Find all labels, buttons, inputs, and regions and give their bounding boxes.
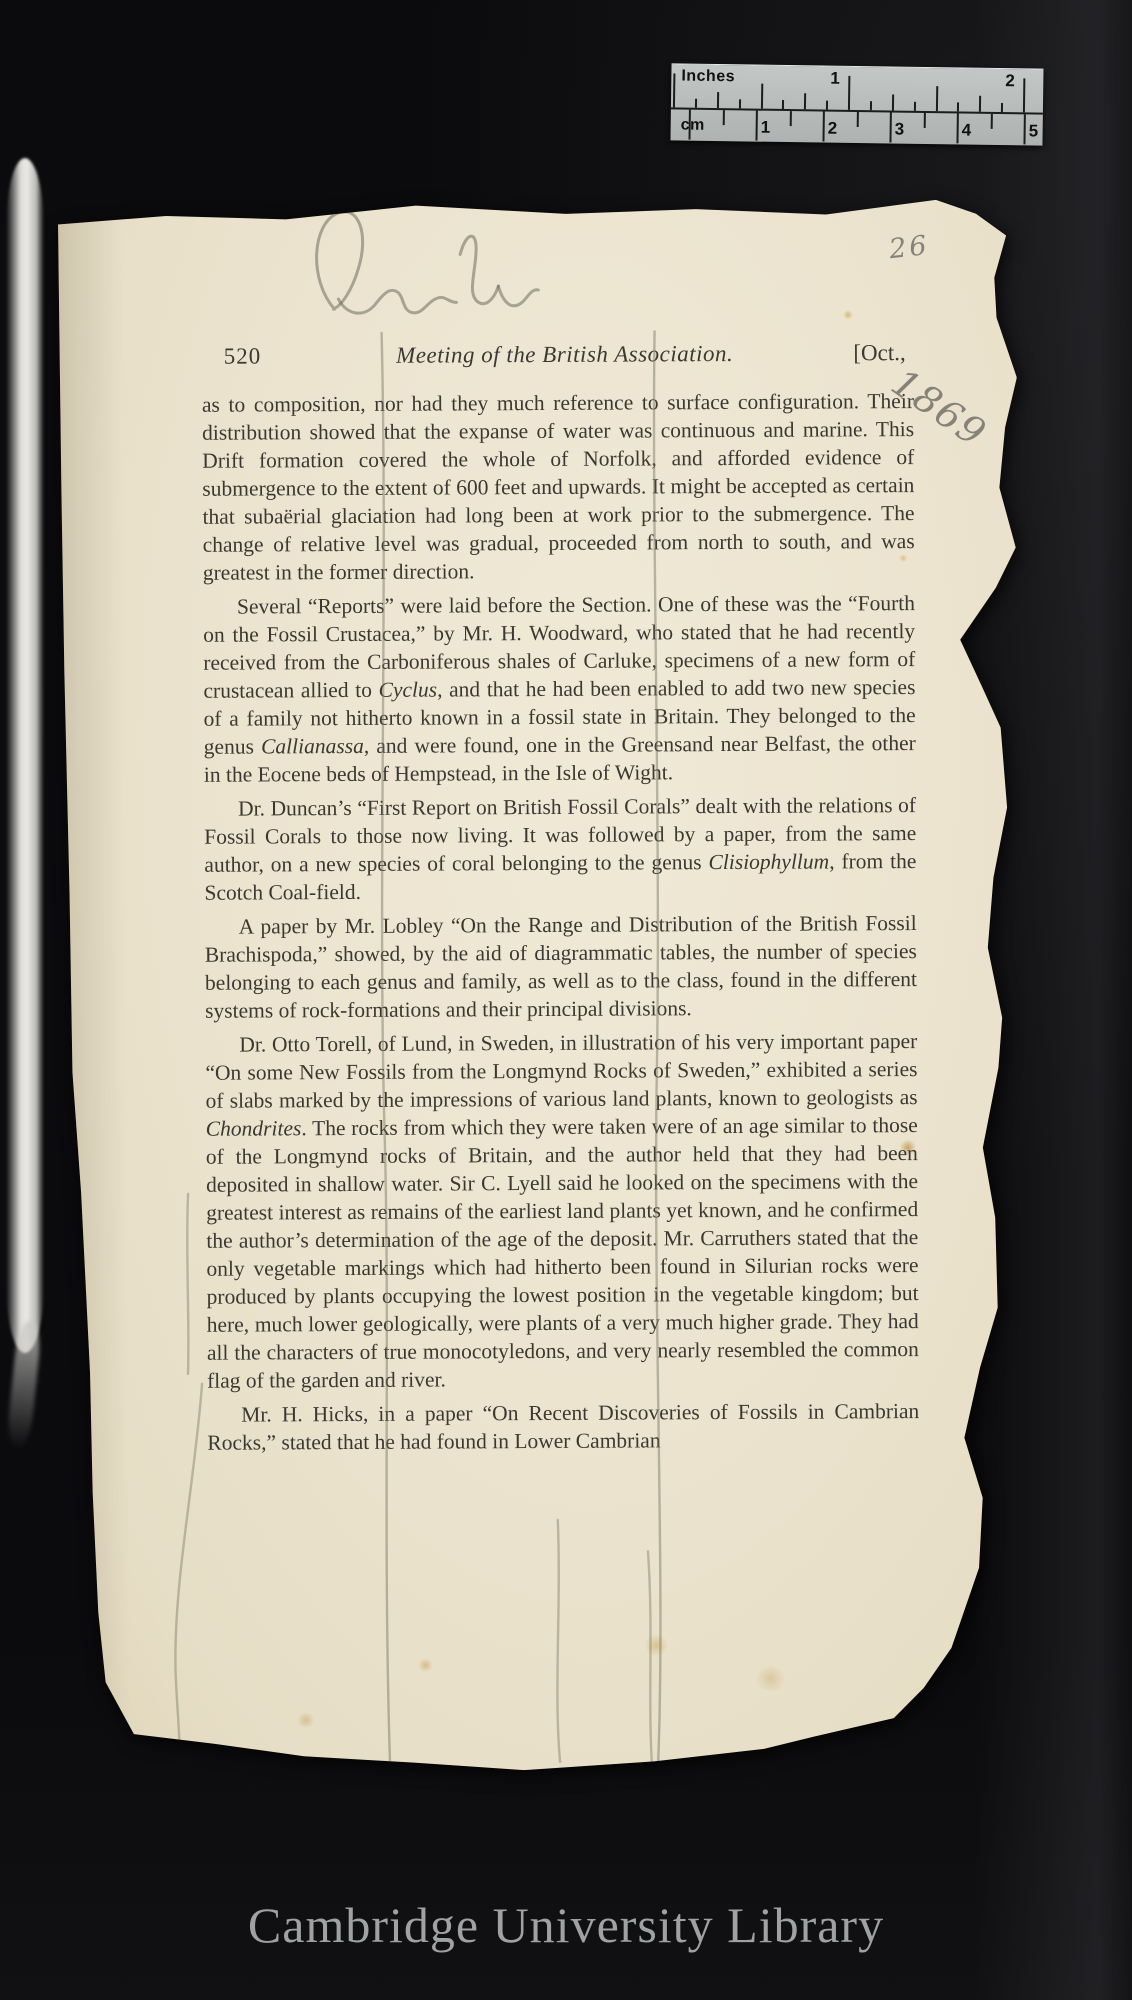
ruler-tick [892, 94, 894, 110]
ruler-inches-label: Inches [681, 68, 735, 87]
paragraph: Dr. Otto Torell, of Lund, in Sweden, in … [205, 1027, 919, 1395]
gutter-shadow [46, 192, 144, 1782]
ruler-tick [760, 84, 762, 109]
ruler-tick [722, 110, 724, 125]
ruler-tick [755, 111, 757, 141]
fox-stain [842, 310, 853, 319]
ruler-number: 2 [828, 119, 838, 139]
library-watermark: Cambridge University Library [0, 1896, 1132, 1954]
paragraph: Several “Reports” were laid before the S… [203, 589, 916, 789]
ruler-tick [870, 101, 872, 110]
pencil-scribble [316, 211, 538, 314]
ruler-tick [1023, 114, 1025, 144]
ruler-tick [979, 96, 981, 112]
ruler: Inches cm 1212345 [670, 63, 1043, 145]
ruler-tick [688, 110, 690, 140]
ruler-number: 1 [761, 118, 771, 138]
ruler-tick [789, 111, 791, 126]
paragraph: A paper by Mr. Lobley “On the Range and … [205, 909, 918, 1025]
ruler-tick [848, 76, 850, 110]
fox-stain [296, 1713, 316, 1727]
pencil-sheet-number: 26 [888, 230, 932, 265]
ruler-tick [914, 102, 916, 111]
ruler-tick [673, 73, 675, 107]
ruler-tick [935, 86, 937, 111]
ruler-number: 5 [1029, 121, 1039, 141]
paragraph: as to composition, nor had they much ref… [202, 387, 915, 587]
ruler-tick [889, 112, 891, 142]
ruler-number: 1 [830, 69, 840, 89]
ruler-cm-label: cm [681, 117, 705, 135]
issue-date: [Oct., [733, 340, 914, 367]
ruler-tick [856, 112, 858, 127]
fox-stain [418, 1659, 434, 1672]
ruler-tick [923, 113, 925, 128]
ruler-number: 4 [962, 120, 972, 140]
ruler-number: 2 [1005, 71, 1015, 91]
ruler-tick [804, 93, 806, 109]
scanned-page: 520 Meeting of the British Association. … [46, 187, 1034, 1782]
ruler-tick [695, 99, 697, 108]
ruler-tick [822, 112, 824, 142]
ruler-tick [1001, 103, 1003, 112]
scanned-page-wrap: 520 Meeting of the British Association. … [50, 190, 1030, 1780]
body-text: as to composition, nor had they much ref… [202, 387, 920, 1463]
ruler-tick [782, 100, 784, 109]
book-fore-edge [6, 158, 44, 1353]
running-header: 520 Meeting of the British Association. … [202, 340, 914, 370]
running-title: Meeting of the British Association. [396, 341, 733, 369]
page-number: 520 [202, 343, 397, 370]
fox-stain [754, 1667, 788, 1691]
ruler-tick [957, 102, 959, 111]
ruler-tick [739, 99, 741, 108]
ruler-number: 3 [895, 120, 905, 140]
paragraph: Dr. Duncan’s “First Report on British Fo… [204, 791, 917, 907]
ruler-tick [826, 101, 828, 110]
ruler-tick [956, 113, 958, 143]
ruler-tick [990, 114, 992, 129]
ruler-tick [717, 92, 719, 108]
ruler-tick [1023, 78, 1025, 112]
paragraph: Mr. H. Hicks, in a paper “On Recent Disc… [207, 1397, 919, 1457]
fox-stain [643, 1635, 669, 1655]
